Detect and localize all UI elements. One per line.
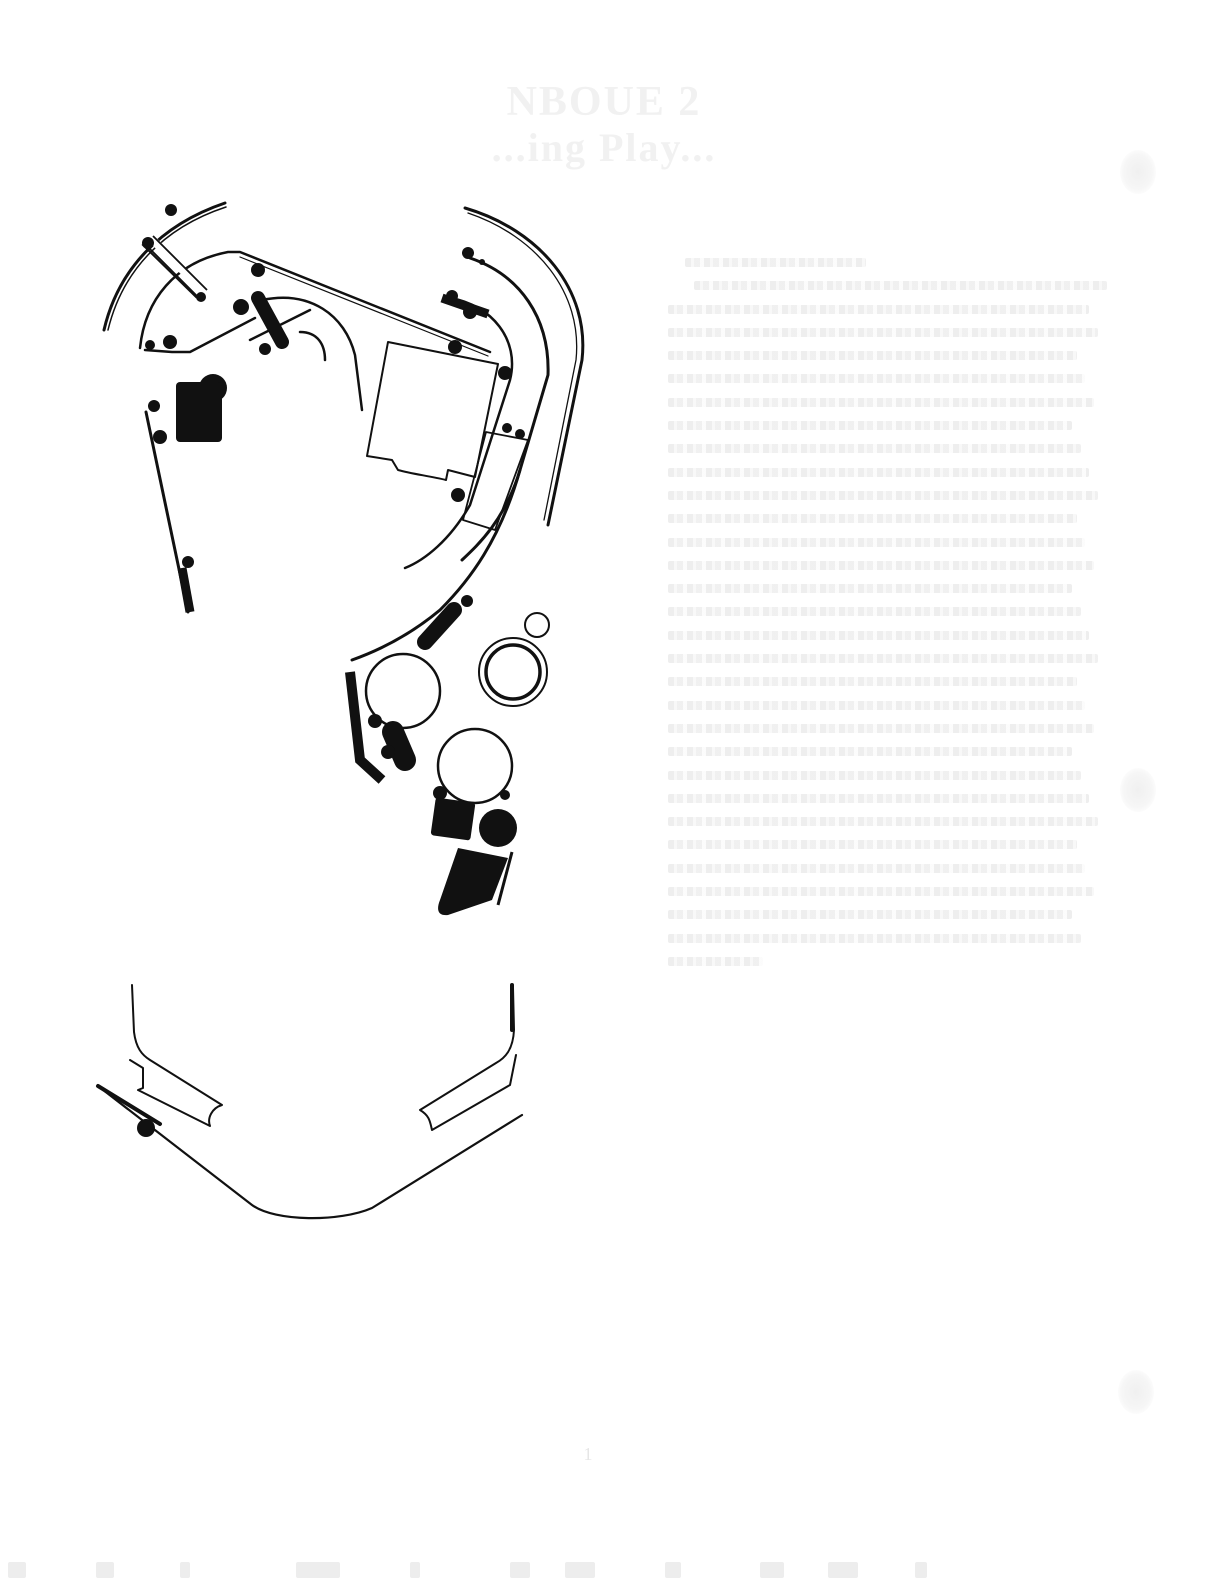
illegible-text-line bbox=[668, 584, 1072, 593]
illegible-text-line bbox=[668, 607, 1081, 616]
illegible-text-line bbox=[668, 374, 1085, 383]
pop-bumper-2 bbox=[438, 729, 512, 803]
illegible-text-line bbox=[668, 957, 763, 966]
illegible-text-line bbox=[668, 351, 1077, 360]
illegible-text-line bbox=[668, 724, 1094, 733]
illegible-text-line bbox=[668, 421, 1072, 430]
illegible-text-line bbox=[668, 468, 1089, 477]
right-slingshot bbox=[420, 988, 516, 1130]
illegible-text-line bbox=[668, 654, 1098, 663]
illegible-text-line bbox=[668, 328, 1098, 337]
illegible-text-line bbox=[668, 794, 1089, 803]
illegible-text-line bbox=[668, 398, 1094, 407]
illegible-text-line bbox=[668, 444, 1081, 453]
illegible-text-line bbox=[668, 771, 1081, 780]
outer-rail-right-arc bbox=[465, 208, 583, 525]
illegible-text-line bbox=[668, 887, 1094, 896]
ring-bumper bbox=[479, 638, 547, 706]
illegible-text-line bbox=[668, 701, 1085, 710]
illegible-text-line bbox=[668, 840, 1077, 849]
left-slingshot bbox=[130, 985, 222, 1126]
illegible-text-line bbox=[668, 747, 1072, 756]
illegible-text-line bbox=[668, 561, 1094, 570]
body-text-column bbox=[668, 258, 1098, 980]
illegible-text-line bbox=[668, 538, 1085, 547]
illegible-text-line bbox=[694, 281, 1107, 290]
scan-edge-marks bbox=[0, 1552, 1208, 1578]
illegible-text-line bbox=[685, 258, 866, 267]
illegible-text-line bbox=[668, 305, 1089, 314]
illegible-text-line bbox=[668, 491, 1098, 500]
illegible-text-line bbox=[668, 910, 1072, 919]
illegible-text-line bbox=[668, 934, 1081, 943]
outlane-apron bbox=[98, 1086, 522, 1218]
page-number: 1 bbox=[578, 1444, 598, 1465]
illegible-text-line bbox=[668, 514, 1077, 523]
illegible-text-line bbox=[668, 677, 1077, 686]
small-ring bbox=[525, 613, 549, 637]
illegible-text-line bbox=[668, 817, 1098, 826]
illegible-text-line bbox=[668, 864, 1085, 873]
illegible-text-line bbox=[668, 631, 1089, 640]
